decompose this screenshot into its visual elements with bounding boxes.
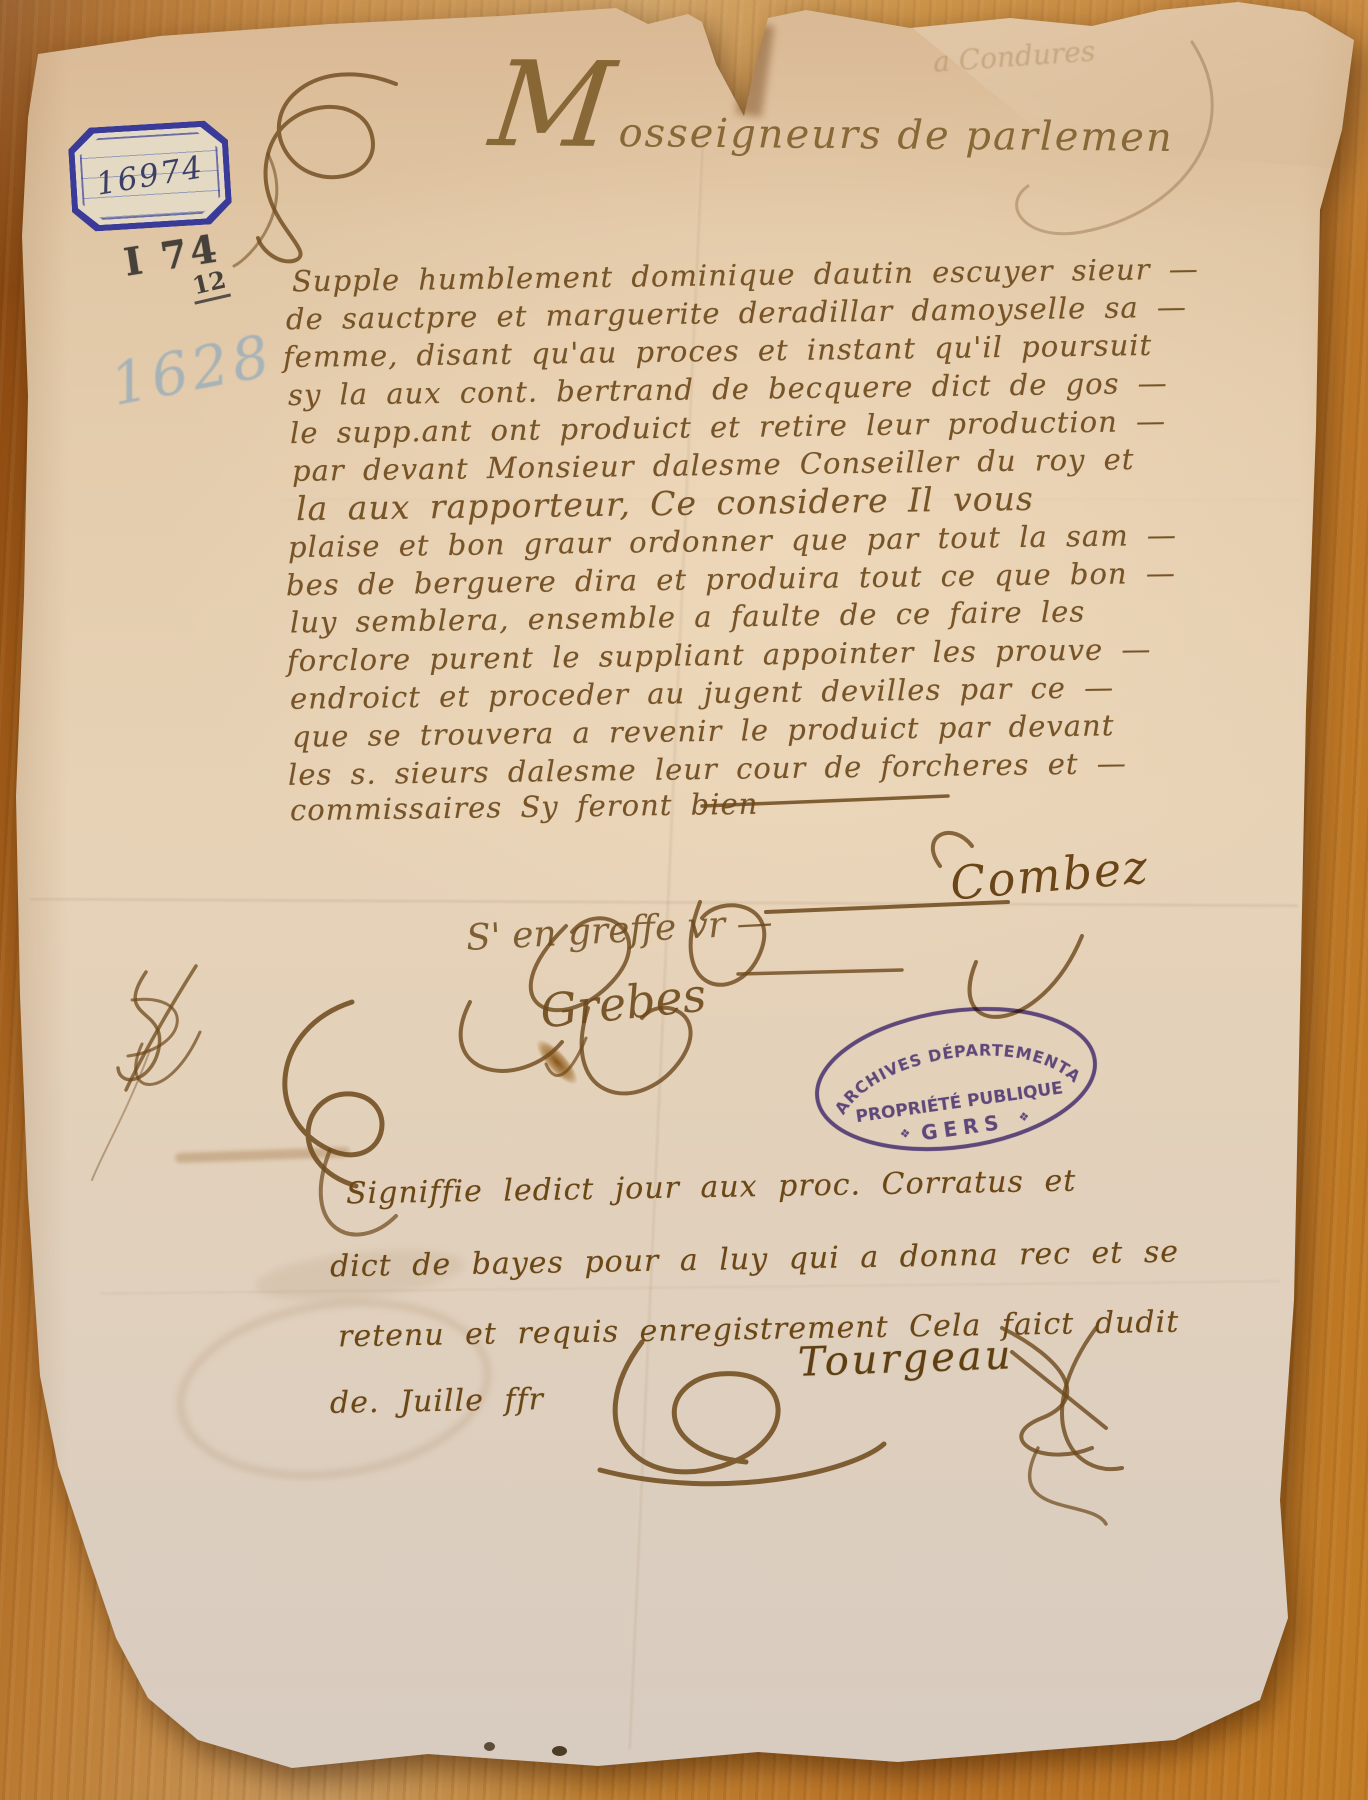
counsel-signature: Combez xyxy=(948,839,1151,910)
greffe-dash xyxy=(738,970,902,974)
petition-line: par devant Monsieur dalesme Conseiller d… xyxy=(292,442,1135,488)
margin-paraph xyxy=(128,999,177,1056)
pencil-year-annotation: 1628 xyxy=(105,321,279,419)
pre-signature-underline xyxy=(600,1444,884,1484)
vertical-fold-crease xyxy=(627,131,703,1749)
label-blue-border xyxy=(67,119,233,233)
petition-line: de sauctpre et marguerite deradillar dam… xyxy=(286,290,1187,337)
stamp-middle-text: PROPRIÉTÉ PUBLIQUE xyxy=(854,1076,1064,1127)
edge-dark-spot xyxy=(552,1746,567,1756)
greffe-flourish xyxy=(531,918,629,1010)
petition-line: luy semblera, ensemble a faulte de ce fa… xyxy=(290,594,1086,639)
margin-paraph-tail xyxy=(92,1050,150,1180)
greffe-descender xyxy=(546,1038,586,1075)
paper-sheet: 16974 I 74 12 1628 a Condures M osseigne… xyxy=(0,0,1368,1800)
heading-initial-letter: M xyxy=(485,45,619,164)
manuscript-page: 16974 I 74 12 1628 a Condures M osseigne… xyxy=(0,0,1368,1800)
petition-line: la aux rapporteur, Ce considere Il vous xyxy=(296,479,1034,528)
conclusion-dash xyxy=(702,796,948,806)
ghost-ink-offset-ring xyxy=(164,1279,504,1500)
label-ruled-lines xyxy=(79,131,222,221)
petition-line: femme, disant qu'au proces et instant qu… xyxy=(283,328,1153,374)
label-number: 16974 xyxy=(63,112,238,241)
petition-line: les s. sieurs dalesme leur cour de forch… xyxy=(288,746,1127,792)
archive-cote-label: 16974 xyxy=(67,119,233,233)
petition-line: forclore purent le suppliant appointer l… xyxy=(287,632,1152,678)
greffe-dash xyxy=(766,902,1008,912)
stamp-oval-border xyxy=(808,992,1104,1166)
stamp-top-text: ARCHIVES DÉPARTEMENTALES xyxy=(797,984,1086,1124)
petition-line: que se trouvera a revenir le produict pa… xyxy=(292,708,1115,753)
conclusion-loop xyxy=(970,936,1082,1017)
photo-scene: 16974 I 74 12 1628 a Condures M osseigne… xyxy=(0,0,1368,1800)
document-heading: M osseigneurs de parlemen xyxy=(491,45,1174,169)
signature-paraph xyxy=(1062,1328,1122,1469)
petition-line: plaise et bon graur ordonner que par tou… xyxy=(288,518,1177,564)
pre-signature-flourish xyxy=(615,1342,778,1472)
torn-notch-shadow xyxy=(736,23,775,118)
bleedthrough-verso-note: a Condures xyxy=(932,34,1096,78)
horizontal-fold-crease-upper xyxy=(280,498,1300,500)
ink-blot-stain xyxy=(530,1034,584,1090)
horizontal-fold-crease xyxy=(30,897,1298,907)
greffe-flourish xyxy=(691,902,765,985)
archives-oval-stamp: ARCHIVES DÉPARTEMENTALES PROPRIÉTÉ PUBLI… xyxy=(797,984,1115,1174)
stamp-bottom-text: GERS xyxy=(920,1110,1006,1145)
signature-paraph xyxy=(1012,1352,1106,1428)
ghost-ink-offset-mark xyxy=(253,1241,467,1309)
stamp-ornament-left: ❖ xyxy=(899,1126,912,1141)
petition-line: Supple humblement dominique dautin escuy… xyxy=(292,252,1199,299)
service-initial-flourish xyxy=(285,1002,382,1186)
petition-line: sy la aux cont. bertrand de becquere dic… xyxy=(288,366,1168,412)
petition-line: endroict et proceder au jugent devilles … xyxy=(290,670,1115,716)
folded-corner-flap xyxy=(0,0,1368,200)
greffe-flourish xyxy=(582,1008,691,1094)
greffe-clerk-signature: Grebes xyxy=(538,967,709,1038)
greffe-flourish xyxy=(461,1002,562,1071)
margin-paraph xyxy=(118,972,160,1080)
shelfmark-cote-sub: 12 xyxy=(188,264,232,305)
flourish-top-left xyxy=(258,74,396,261)
petition-line: le supp.ant ont produict et retire leur … xyxy=(290,404,1166,450)
petition-line: bes de berguere dira et produira tout ce… xyxy=(286,556,1176,602)
margin-paraph xyxy=(136,1032,200,1085)
signature-paraph xyxy=(1002,1328,1092,1455)
stamp-ornament-right: ❖ xyxy=(1018,1109,1031,1124)
service-note-line: retenu et requis enregistrement Cela fai… xyxy=(338,1305,1180,1355)
shelfmark-annotation: I 74 12 xyxy=(121,225,231,314)
service-note-line: Signiffie ledict jour aux proc. Corratus… xyxy=(346,1164,1077,1212)
conclusion-swash xyxy=(933,833,972,866)
margin-paraph xyxy=(126,966,196,1090)
label-paper xyxy=(73,126,226,227)
flourish-top-left-tail xyxy=(234,154,277,266)
edge-dark-spot xyxy=(484,1742,495,1751)
petition-line: commissaires Sy feront bien xyxy=(290,787,759,828)
shelfmark-cote: I 74 xyxy=(121,225,226,285)
signature-paraph-tail xyxy=(1030,1448,1106,1524)
dry-ink-smear xyxy=(175,1147,350,1163)
flourish-top-right-faint xyxy=(1017,42,1213,234)
ink-flourishes xyxy=(0,0,1368,1800)
service-note-line: de. Juille ffr xyxy=(330,1382,545,1421)
service-initial-tail xyxy=(321,1150,396,1235)
huissier-signature: Tourgeau xyxy=(797,1332,1014,1385)
heading-text: osseigneurs de parlemen xyxy=(618,110,1174,161)
service-note-line: dict de bayes pour a luy qui a donna rec… xyxy=(330,1235,1180,1285)
greffe-registration-note: S' en greffe vr — xyxy=(465,902,773,959)
horizontal-fold-crease-lower xyxy=(100,1279,1280,1294)
